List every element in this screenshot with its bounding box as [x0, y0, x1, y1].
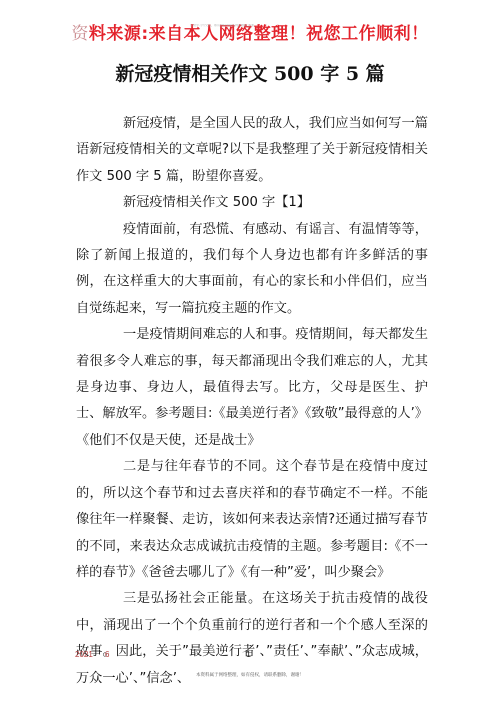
- banner-prefix: 资: [71, 24, 89, 44]
- document-title: 新冠疫情相关作文 500 字 5 篇: [0, 61, 500, 87]
- page-number: 1: [246, 649, 251, 659]
- body-paragraph: 疫情面前，有恐慌、有感动、有谣言、有温情等等，除了新闻上报道的，我们每个人身边也…: [76, 217, 428, 323]
- banner-text: 料来源:来自本人网络整理！祝您工作顺利！: [89, 24, 429, 44]
- intro-paragraph: 新冠疫情，是全国人民的敌人，我们应当如何写一篇语新冠疫情相关的文章呢?以下是我整…: [76, 111, 428, 190]
- body-paragraph: 一是疫情期间难忘的人和事。疫情期间，每天都发生着很多令人难忘的事，每天都涌现出令…: [76, 322, 428, 454]
- body-paragraph: 二是与往年春节的不同。这个春节是在疫情中度过的，所以这个春节和过去喜庆祥和的春节…: [76, 454, 428, 586]
- header-watermark: 仅供学习与交流，如有侵权请联系网站删除 谢谢: [190, 24, 310, 27]
- document-body: 新冠疫情，是全国人民的敌人，我们应当如何写一篇语新冠疫情相关的文章呢?以下是我整…: [76, 111, 428, 692]
- footer-date: 2021 6: [75, 650, 109, 659]
- footer-note: 本资料属于网络整理，如有侵权，请联系删除，谢谢！: [0, 672, 500, 678]
- section-heading: 新冠疫情相关作文 500 字【1】: [76, 190, 428, 216]
